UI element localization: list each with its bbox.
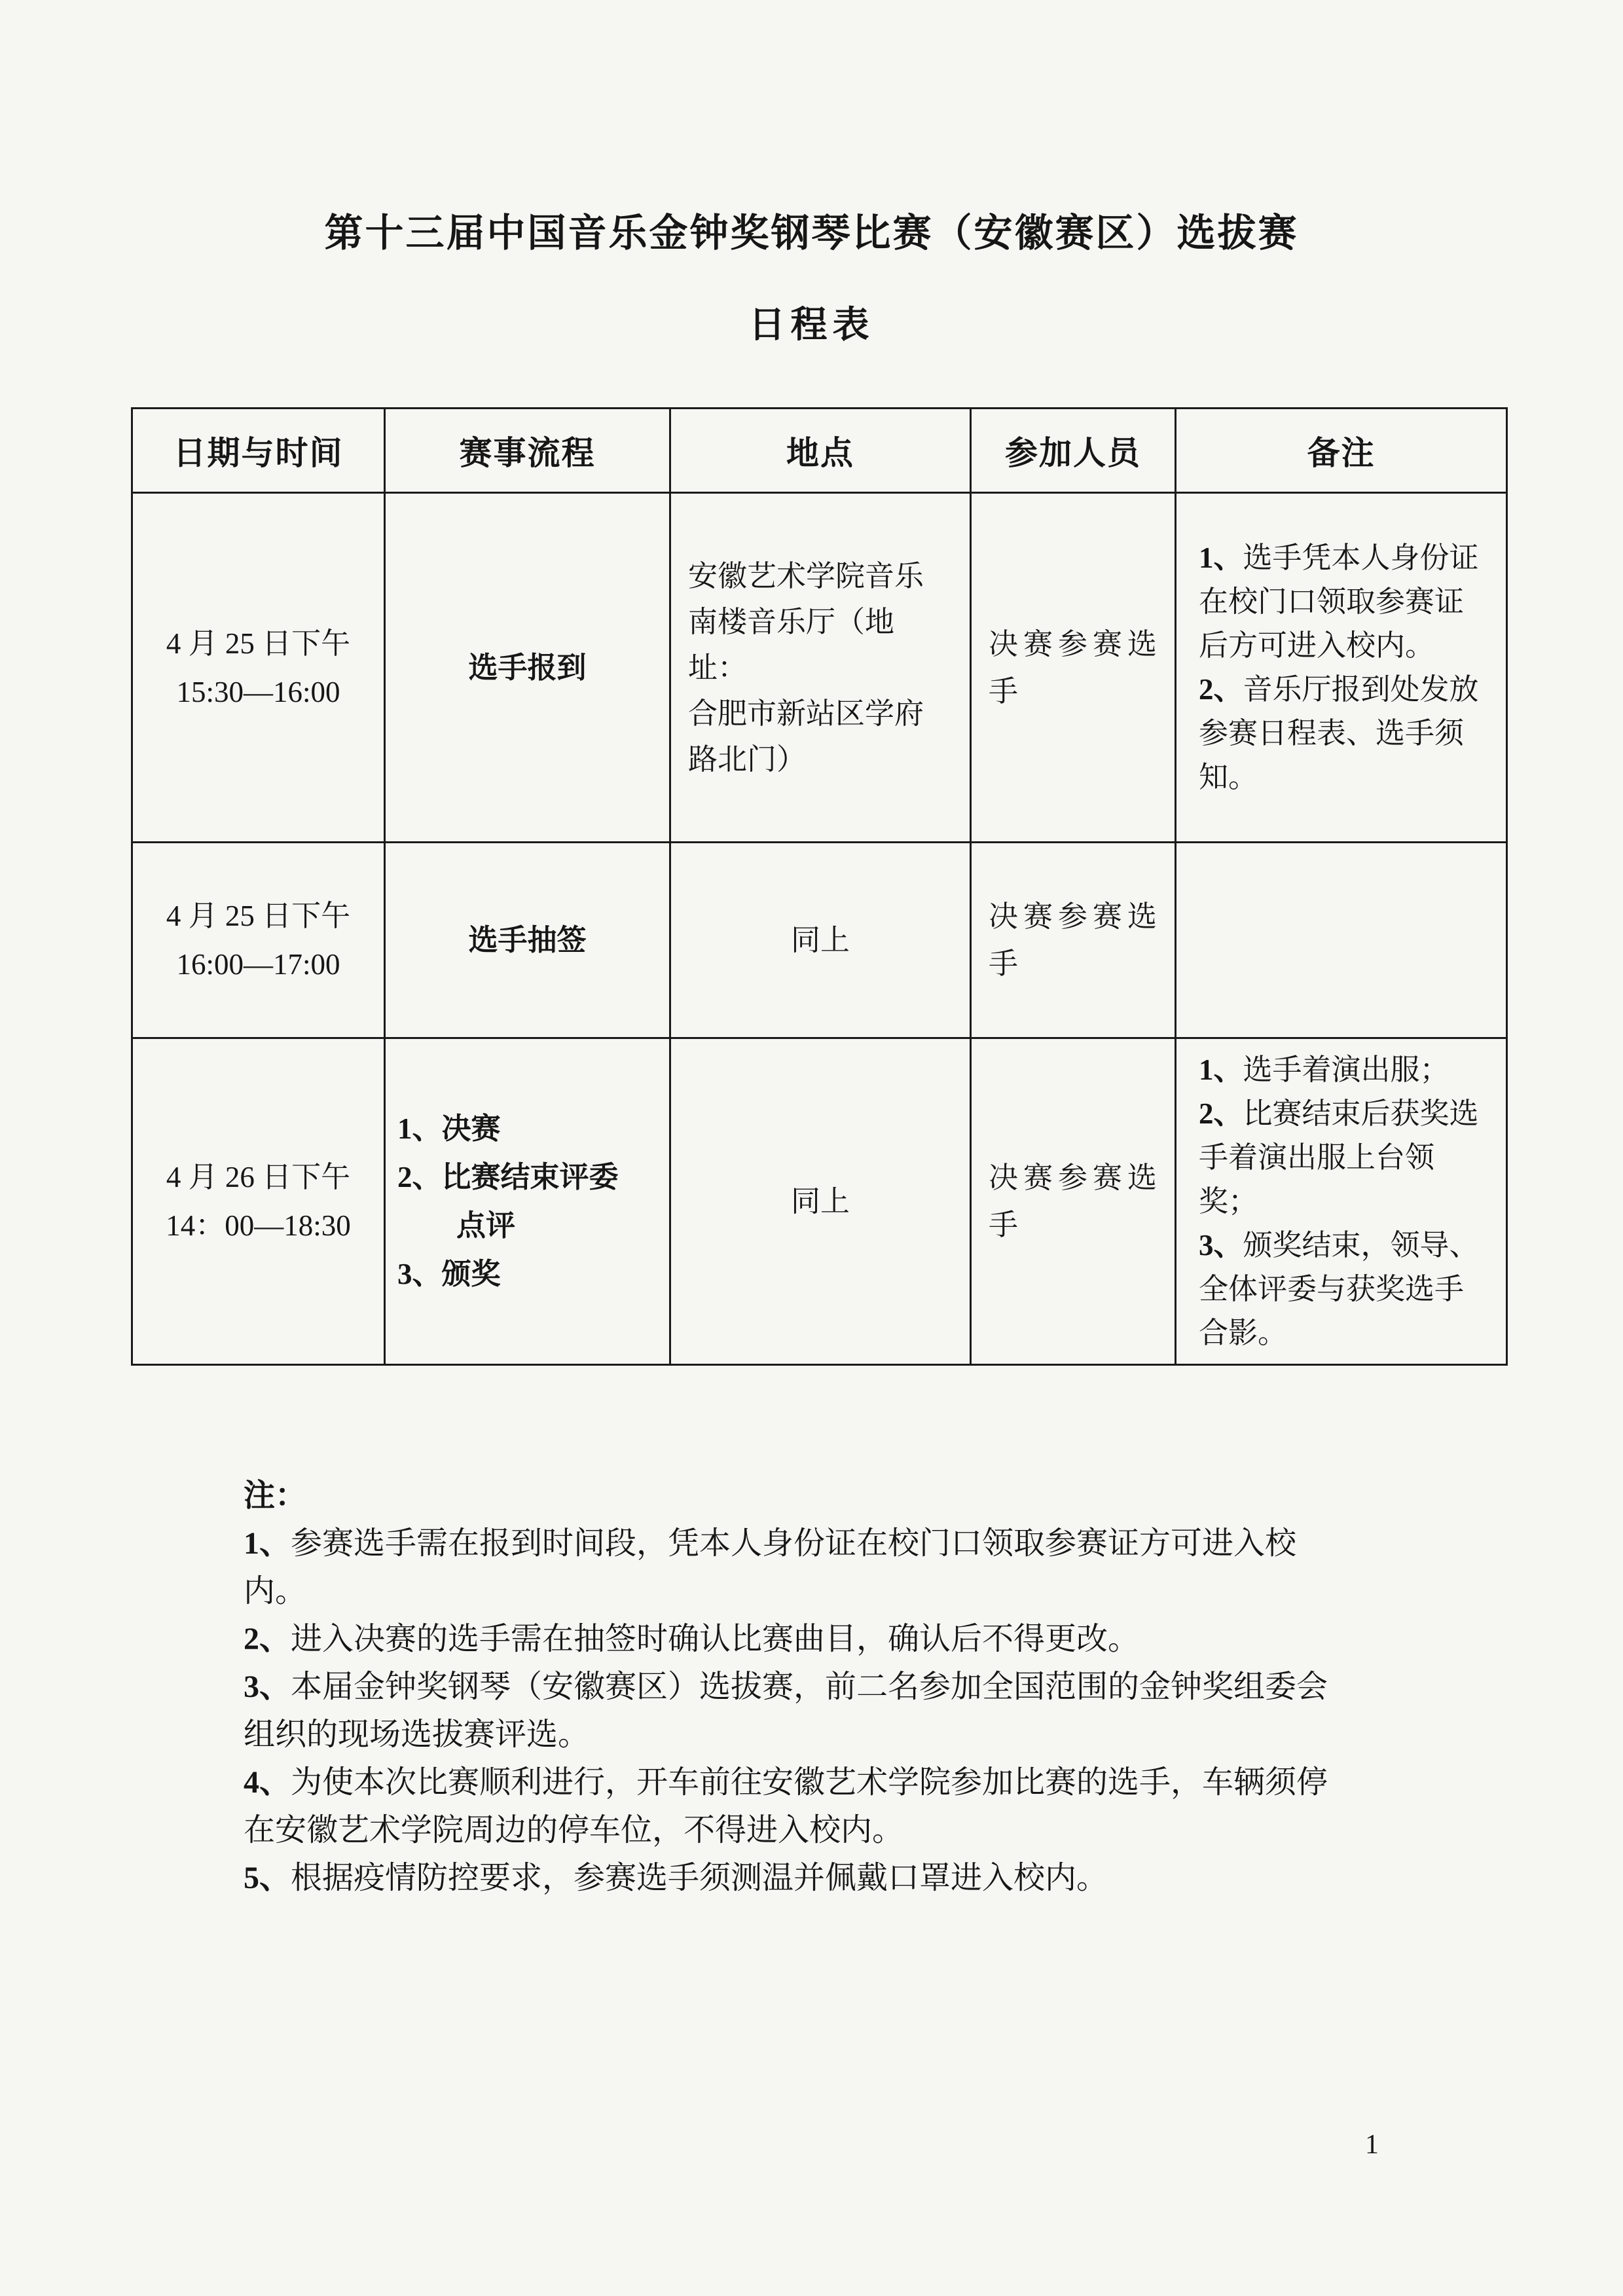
row3-event: 1、决赛 2、比赛结束评委 点评 3、颁奖 xyxy=(385,1038,670,1365)
row2-remarks xyxy=(1176,843,1507,1038)
row1-participants: 决赛参赛选 手 xyxy=(971,493,1176,843)
schedule-table: 日期与时间 赛事流程 地点 参加人员 备注 4 月 25 日下午 15:30—1… xyxy=(131,407,1508,1366)
table-row: 4 月 26 日下午 14：00—18:30 1、决赛 2、比赛结束评委 点评 … xyxy=(132,1038,1507,1365)
notes-label: 注： xyxy=(244,1472,1435,1520)
remark-item: 1、选手凭本人身份证 在校门口领取参赛证 后方可进入校内。 xyxy=(1199,536,1487,668)
note-text: 参赛选手需在报到时间段，凭本人身份证在校门口领取参赛证方可进入校 内。 xyxy=(244,1526,1296,1609)
header-participants: 参加人员 xyxy=(971,409,1176,493)
remark-item: 3、颁奖结束，领导、 全体评委与获奖选手 合影。 xyxy=(1199,1224,1487,1355)
remark-number: 1、 xyxy=(1199,1053,1243,1086)
note-item: 2、进入决赛的选手需在抽签时确认比赛曲目，确认后不得更改。 xyxy=(244,1615,1435,1663)
row1-location: 安徽艺术学院音乐 南楼音乐厅（地址： 合肥市新站区学府 路北门） xyxy=(670,493,971,843)
header-event-process: 赛事流程 xyxy=(385,409,670,493)
table-header-row: 日期与时间 赛事流程 地点 参加人员 备注 xyxy=(132,409,1507,493)
remark-number: 2、 xyxy=(1199,1097,1243,1130)
note-item: 5、根据疫情防控要求，参赛选手须测温并佩戴口罩进入校内。 xyxy=(244,1854,1435,1902)
row2-location: 同上 xyxy=(670,843,971,1038)
note-item: 1、参赛选手需在报到时间段，凭本人身份证在校门口领取参赛证方可进入校 内。 xyxy=(244,1520,1435,1615)
remark-item: 1、选手着演出服； xyxy=(1199,1048,1487,1092)
remark-text: 选手着演出服； xyxy=(1243,1053,1450,1086)
document-page: 第十三届中国音乐金钟奖钢琴比赛（安徽赛区）选拔赛 日程表 日期与时间 赛事流程 … xyxy=(0,0,1623,2296)
remark-number: 1、 xyxy=(1199,541,1243,574)
row3-remarks: 1、选手着演出服； 2、比赛结束后获奖选 手着演出服上台领 奖； 3、颁奖结束，… xyxy=(1176,1038,1507,1365)
note-number: 1、 xyxy=(244,1526,291,1561)
document-subtitle: 日程表 xyxy=(0,296,1623,348)
note-text: 为使本次比赛顺利进行，开车前往安徽艺术学院参加比赛的选手，车辆须停 在安徽艺术学… xyxy=(244,1765,1328,1848)
header-location: 地点 xyxy=(670,409,971,493)
note-item: 3、本届金钟奖钢琴（安徽赛区）选拔赛，前二名参加全国范围的金钟奖组委会 组织的现… xyxy=(244,1663,1435,1758)
header-date-time: 日期与时间 xyxy=(132,409,385,493)
note-number: 5、 xyxy=(244,1861,291,1895)
note-item: 4、为使本次比赛顺利进行，开车前往安徽艺术学院参加比赛的选手，车辆须停 在安徽艺… xyxy=(244,1758,1435,1854)
row3-location: 同上 xyxy=(670,1038,971,1365)
row2-event: 选手抽签 xyxy=(385,843,670,1038)
row2-datetime: 4 月 25 日下午 16:00—17:00 xyxy=(132,843,385,1038)
note-text: 本届金钟奖钢琴（安徽赛区）选拔赛，前二名参加全国范围的金钟奖组委会 组织的现场选… xyxy=(244,1669,1328,1752)
row3-participants: 决赛参赛选 手 xyxy=(971,1038,1176,1365)
header-remarks: 备注 xyxy=(1176,409,1507,493)
row1-event: 选手报到 xyxy=(385,493,670,843)
note-number: 2、 xyxy=(244,1622,291,1656)
table-row: 4 月 25 日下午 15:30—16:00 选手报到 安徽艺术学院音乐 南楼音… xyxy=(132,493,1507,843)
note-text: 根据疫情防控要求，参赛选手须测温并佩戴口罩进入校内。 xyxy=(291,1861,1108,1895)
remark-number: 3、 xyxy=(1199,1229,1243,1262)
page-number: 1 xyxy=(1365,2129,1379,2160)
table-row: 4 月 25 日下午 16:00—17:00 选手抽签 同上 决赛参赛选 手 xyxy=(132,843,1507,1038)
note-number: 3、 xyxy=(244,1669,291,1704)
document-title: 第十三届中国音乐金钟奖钢琴比赛（安徽赛区）选拔赛 xyxy=(0,202,1623,257)
remark-item: 2、比赛结束后获奖选 手着演出服上台领 奖； xyxy=(1199,1092,1487,1224)
row1-datetime: 4 月 25 日下午 15:30—16:00 xyxy=(132,493,385,843)
note-number: 4、 xyxy=(244,1765,291,1800)
remark-number: 2、 xyxy=(1199,673,1243,706)
note-text: 进入决赛的选手需在抽签时确认比赛曲目，确认后不得更改。 xyxy=(291,1622,1139,1656)
notes-section: 注： 1、参赛选手需在报到时间段，凭本人身份证在校门口领取参赛证方可进入校 内。… xyxy=(244,1472,1435,1902)
row2-participants: 决赛参赛选 手 xyxy=(971,843,1176,1038)
row1-remarks: 1、选手凭本人身份证 在校门口领取参赛证 后方可进入校内。 2、音乐厅报到处发放… xyxy=(1176,493,1507,843)
row3-datetime: 4 月 26 日下午 14：00—18:30 xyxy=(132,1038,385,1365)
remark-item: 2、音乐厅报到处发放 参赛日程表、选手须 知。 xyxy=(1199,668,1487,799)
